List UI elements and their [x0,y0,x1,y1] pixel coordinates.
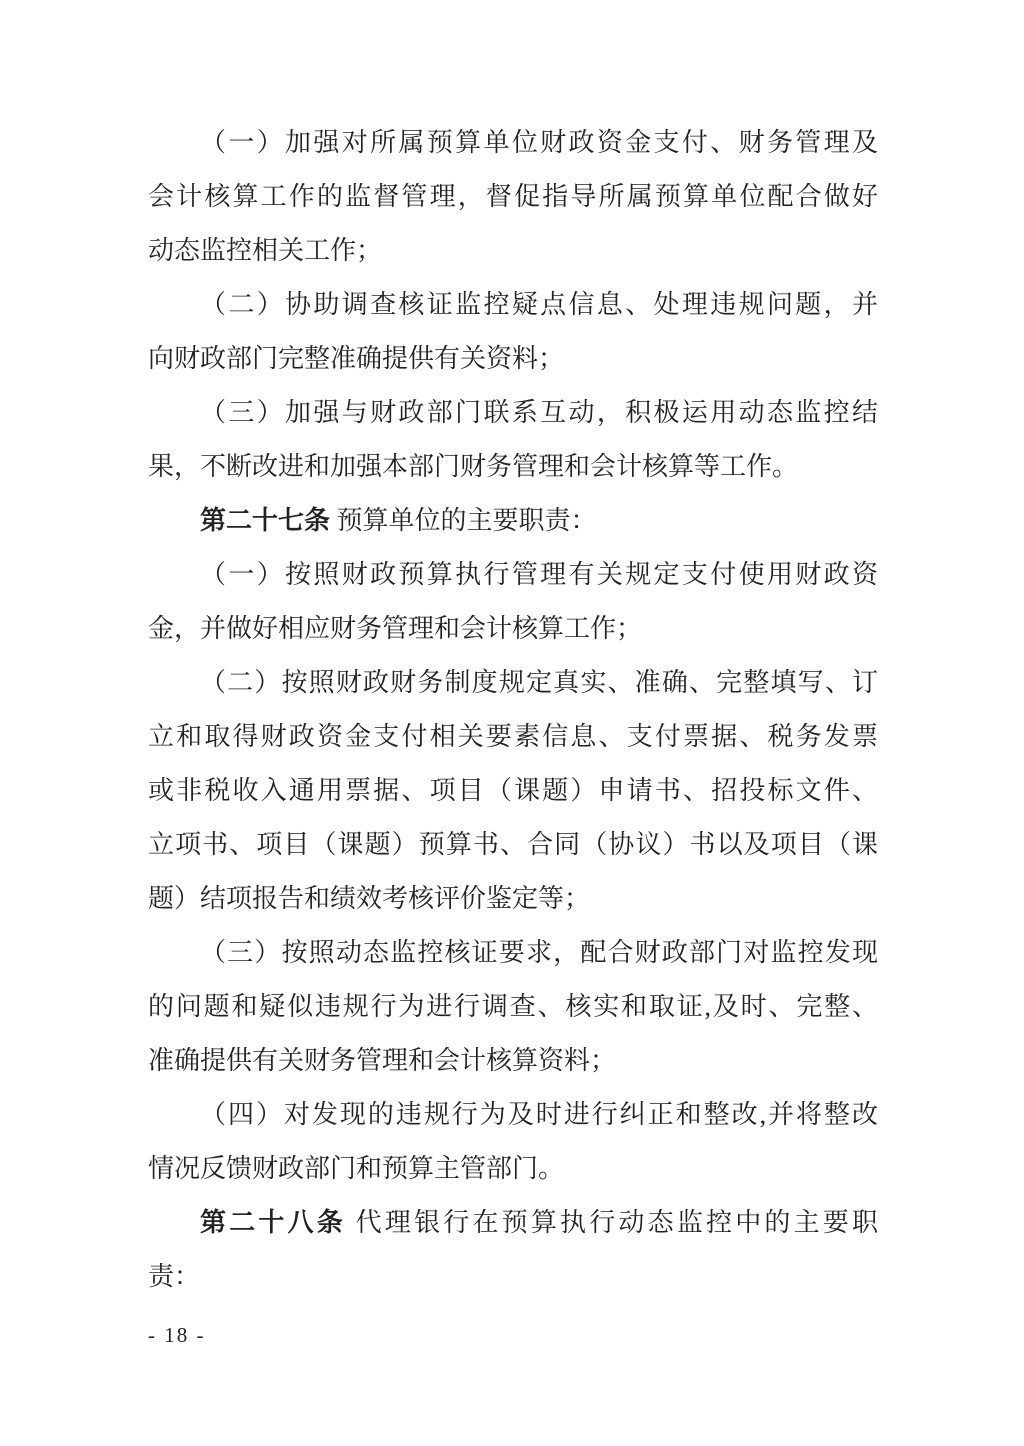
text-line: （二）协助调查核证监控疑点信息、处理违规问题，并 [148,278,878,332]
text-segment: 立和取得财政资金支付相关要素信息、支付票据、税务发票 [148,722,878,751]
text-line: （二）按照财政财务制度规定真实、准确、完整填写、订 [148,656,878,710]
text-segment: 果，不断改进和加强本部门财务管理和会计核算等工作。 [148,452,798,481]
text-segment: 向财政部门完整准确提供有关资料； [148,344,564,373]
text-segment: 动态监控相关工作； [148,236,382,265]
text-segment: （三）加强与财政部门联系互动，积极运用动态监控结 [200,398,878,427]
text-segment: 情况反馈财政部门和预算主管部门。 [148,1154,564,1183]
text-line: 金，并做好相应财务管理和会计核算工作； [148,602,878,656]
text-line: 果，不断改进和加强本部门财务管理和会计核算等工作。 [148,440,878,494]
text-segment: 责： [148,1262,200,1291]
text-line: 情况反馈财政部门和预算主管部门。 [148,1142,878,1196]
text-segment: 或非税收入通用票据、项目（课题）申请书、招投标文件、 [148,776,878,805]
article-heading: 第二十七条 [200,506,330,535]
text-segment: （三）按照动态监控核证要求，配合财政部门对监控发现 [200,938,878,967]
text-line: 第二十八条 代理银行在预算执行动态监控中的主要职 [148,1196,878,1250]
text-line: 准确提供有关财务管理和会计核算资料； [148,1034,878,1088]
text-segment: （四）对发现的违规行为及时进行纠正和整改,并将整改 [200,1100,878,1129]
text-segment: 会计核算工作的监督管理，督促指导所属预算单位配合做好 [148,182,878,211]
text-segment: （一）加强对所属预算单位财政资金支付、财务管理及 [200,128,878,157]
text-line: （一）按照财政预算执行管理有关规定支付使用财政资 [148,548,878,602]
page-number: - 18 - [148,1318,206,1352]
text-line: （四）对发现的违规行为及时进行纠正和整改,并将整改 [148,1088,878,1142]
text-line: 第二十七条 预算单位的主要职责： [148,494,878,548]
text-line: （一）加强对所属预算单位财政资金支付、财务管理及 [148,116,878,170]
document-body: （一）加强对所属预算单位财政资金支付、财务管理及会计核算工作的监督管理，督促指导… [148,116,878,1304]
text-segment: 立项书、项目（课题）预算书、合同（协议）书以及项目（课 [148,830,878,859]
text-line: 立项书、项目（课题）预算书、合同（协议）书以及项目（课 [148,818,878,872]
text-line: （三）加强与财政部门联系互动，积极运用动态监控结 [148,386,878,440]
text-line: 立和取得财政资金支付相关要素信息、支付票据、税务发票 [148,710,878,764]
text-line: 向财政部门完整准确提供有关资料； [148,332,878,386]
scanned-document-page: （一）加强对所属预算单位财政资金支付、财务管理及会计核算工作的监督管理，督促指导… [0,0,1024,1446]
text-segment: 代理银行在预算执行动态监控中的主要职 [346,1208,878,1237]
text-line: 或非税收入通用票据、项目（课题）申请书、招投标文件、 [148,764,878,818]
text-segment: 的问题和疑似违规行为进行调查、核实和取证,及时、完整、 [148,992,878,1021]
text-segment: （二）按照财政财务制度规定真实、准确、完整填写、订 [200,668,878,697]
text-segment: （二）协助调查核证监控疑点信息、处理违规问题，并 [200,290,878,319]
text-line: （三）按照动态监控核证要求，配合财政部门对监控发现 [148,926,878,980]
text-line: 动态监控相关工作； [148,224,878,278]
text-segment: 预算单位的主要职责： [330,506,597,535]
text-line: 会计核算工作的监督管理，督促指导所属预算单位配合做好 [148,170,878,224]
article-heading: 第二十八条 [200,1208,346,1237]
text-segment: 金，并做好相应财务管理和会计核算工作； [148,614,642,643]
text-line: 题）结项报告和绩效考核评价鉴定等； [148,872,878,926]
text-line: 责： [148,1250,878,1304]
text-segment: 题）结项报告和绩效考核评价鉴定等； [148,884,590,913]
text-line: 的问题和疑似违规行为进行调查、核实和取证,及时、完整、 [148,980,878,1034]
text-segment: （一）按照财政预算执行管理有关规定支付使用财政资 [200,560,878,589]
text-segment: 准确提供有关财务管理和会计核算资料； [148,1046,616,1075]
